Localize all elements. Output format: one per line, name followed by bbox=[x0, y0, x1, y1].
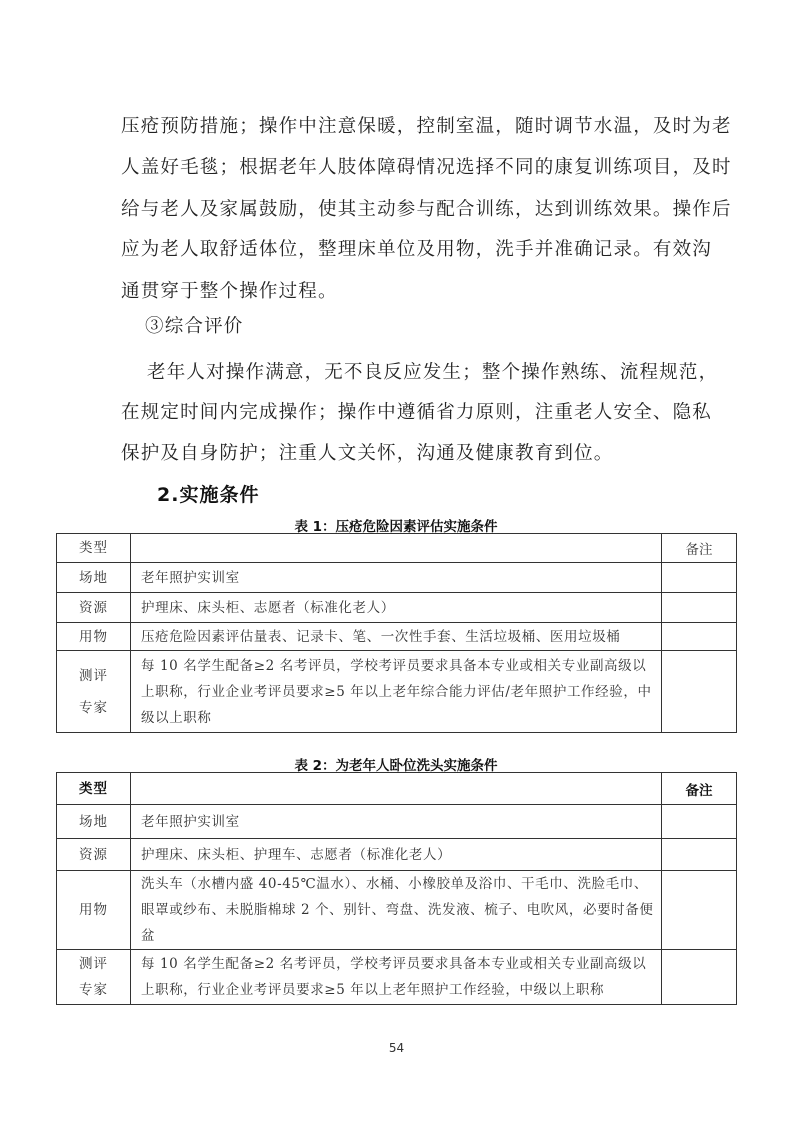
table-row: 测评 专家 每 10 名学生配备≥2 名考评员，学校考评员要求具备本专业或相关专… bbox=[57, 950, 737, 1005]
paragraph-2-line-3: 保护及自身防护；注重人文关怀，沟通及健康教育到位。 bbox=[121, 443, 711, 465]
table-2-row-1-note bbox=[662, 805, 737, 839]
table-1-caption: 表 1：压疮危险因素评估实施条件 bbox=[56, 515, 736, 535]
page-number: 54 bbox=[0, 1041, 793, 1055]
table-1-header-row: 类型 备注 bbox=[57, 534, 737, 563]
table-1-header-content bbox=[131, 534, 662, 563]
table-2: 类型 备注 场地 老年照护实训室 资源 护理床、床头柜、护理车、志愿者（标准化老… bbox=[56, 772, 737, 1005]
paragraph-2-line-1: 老年人对操作满意，无不良反应发生；整个操作熟练、流程规范， bbox=[147, 362, 711, 384]
table-1-row-3-type: 用物 bbox=[57, 623, 131, 651]
table-row: 用物 洗头车（水槽内盛 40-45℃温水）、水桶、小橡胶单及浴巾、干毛巾、洗脸毛… bbox=[57, 871, 737, 950]
paragraph-1-line-1: 压疮预防措施；操作中注意保暖，控制室温，随时调节水温，及时为老 bbox=[121, 116, 711, 138]
paragraph-1-line-2: 人盖好毛毯；根据老年人肢体障碍情况选择不同的康复训练项目，及时 bbox=[121, 157, 711, 179]
table-2-header-type: 类型 bbox=[57, 773, 131, 805]
table-row: 场地 老年照护实训室 bbox=[57, 805, 737, 839]
table-2-row-4-type-line-1: 测评 bbox=[57, 951, 130, 977]
table-2-row-2-note bbox=[662, 839, 737, 871]
table-2-header-row: 类型 备注 bbox=[57, 773, 737, 805]
table-1-row-2-note bbox=[662, 593, 737, 623]
table-1-row-3-content: 压疮危险因素评估量表、记录卡、笔、一次性手套、生活垃圾桶、医用垃圾桶 bbox=[131, 623, 662, 651]
table-2-row-2-content: 护理床、床头柜、护理车、志愿者（标准化老人） bbox=[131, 839, 662, 871]
table-1-row-4-type-line-2: 专家 bbox=[57, 692, 130, 724]
table-row: 用物 压疮危险因素评估量表、记录卡、笔、一次性手套、生活垃圾桶、医用垃圾桶 bbox=[57, 623, 737, 651]
table-2-row-3-type: 用物 bbox=[57, 871, 131, 950]
table-row: 资源 护理床、床头柜、护理车、志愿者（标准化老人） bbox=[57, 839, 737, 871]
table-1-row-1-content: 老年照护实训室 bbox=[131, 563, 662, 593]
table-2-row-1-type: 场地 bbox=[57, 805, 131, 839]
section-heading: 2.实施条件 bbox=[157, 480, 259, 507]
table-1-row-2-content: 护理床、床头柜、志愿者（标准化老人） bbox=[131, 593, 662, 623]
table-1-row-2-type: 资源 bbox=[57, 593, 131, 623]
table-1-row-4-type-line-1: 测评 bbox=[57, 660, 130, 692]
table-2-caption: 表 2：为老年人卧位洗头实施条件 bbox=[56, 754, 736, 774]
table-1-row-4-content: 每 10 名学生配备≥2 名考评员，学校考评员要求具备本专业或相关专业副高级以上… bbox=[131, 651, 662, 733]
table-2-header-note: 备注 bbox=[662, 773, 737, 805]
table-2-row-3-note bbox=[662, 871, 737, 950]
table-1-row-1-type: 场地 bbox=[57, 563, 131, 593]
table-1-row-4-type: 测评 专家 bbox=[57, 651, 131, 733]
paragraph-2-line-2: 在规定时间内完成操作；操作中遵循省力原则，注重老人安全、隐私 bbox=[121, 402, 711, 424]
table-row: 场地 老年照护实训室 bbox=[57, 563, 737, 593]
table-2-row-4-content: 每 10 名学生配备≥2 名考评员，学校考评员要求具备本专业或相关专业副高级以上… bbox=[131, 950, 662, 1005]
table-1-row-3-note bbox=[662, 623, 737, 651]
table-2-row-4-type: 测评 专家 bbox=[57, 950, 131, 1005]
paragraph-1-line-5: 通贯穿于整个操作过程。 bbox=[121, 281, 711, 303]
table-row: 测评 专家 每 10 名学生配备≥2 名考评员，学校考评员要求具备本专业或相关专… bbox=[57, 651, 737, 733]
table-2-row-1-content: 老年照护实训室 bbox=[131, 805, 662, 839]
table-2-row-2-type: 资源 bbox=[57, 839, 131, 871]
table-2-row-4-type-line-2: 专家 bbox=[57, 977, 130, 1003]
table-2-row-3-content: 洗头车（水槽内盛 40-45℃温水）、水桶、小橡胶单及浴巾、干毛巾、洗脸毛巾、眼… bbox=[131, 871, 662, 950]
paragraph-1-line-3: 给与老人及家属鼓励，使其主动参与配合训练，达到训练效果。操作后 bbox=[121, 199, 711, 221]
table-1-header-note: 备注 bbox=[662, 534, 737, 563]
table-1-row-4-note bbox=[662, 651, 737, 733]
table-1-row-1-note bbox=[662, 563, 737, 593]
table-row: 资源 护理床、床头柜、志愿者（标准化老人） bbox=[57, 593, 737, 623]
table-2-row-4-note bbox=[662, 950, 737, 1005]
table-1-header-type: 类型 bbox=[57, 534, 131, 563]
table-1: 类型 备注 场地 老年照护实训室 资源 护理床、床头柜、志愿者（标准化老人） 用… bbox=[56, 533, 737, 733]
subheading-comprehensive-evaluation: ③综合评价 bbox=[145, 316, 735, 338]
table-2-header-content bbox=[131, 773, 662, 805]
paragraph-1-line-4: 应为老人取舒适体位，整理床单位及用物，洗手并准确记录。有效沟 bbox=[121, 239, 711, 261]
